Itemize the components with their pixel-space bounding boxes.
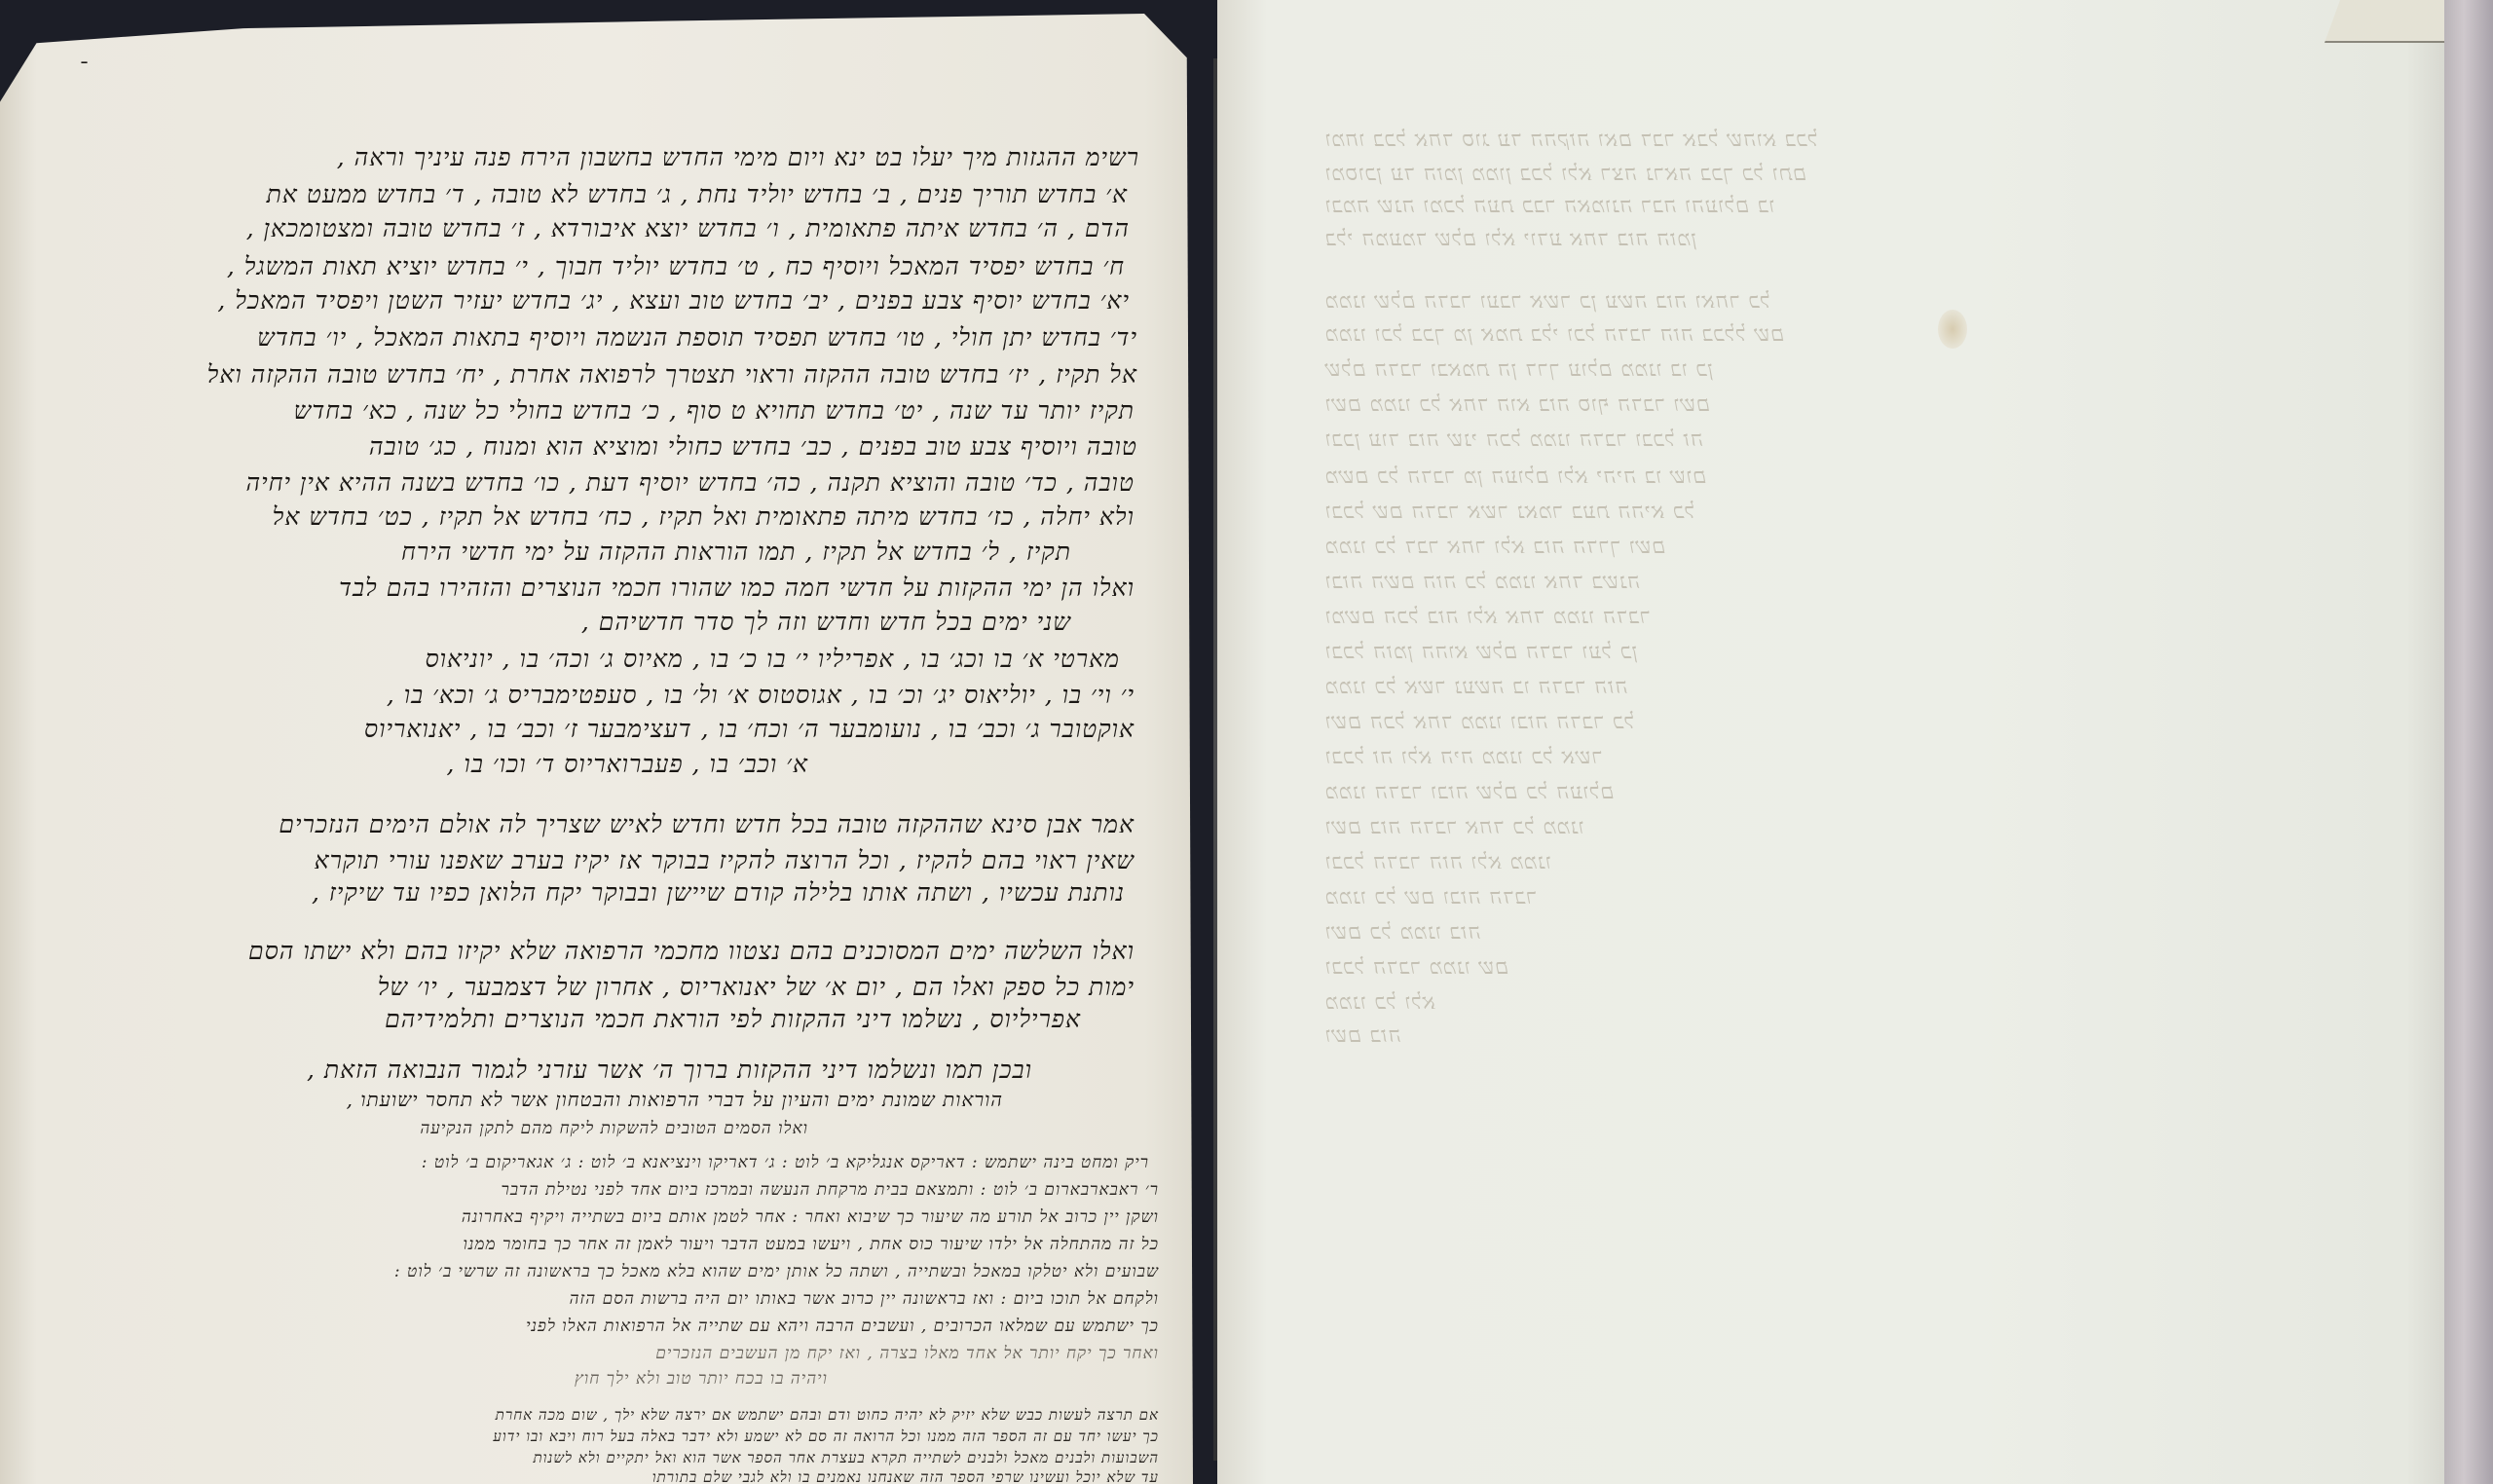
ghost-line: ממנו וכל בכך מן אמת בלי וכל הדבר הזה בכל… [1324, 321, 1784, 347]
ghost-line: ומחו בכל אחד סוג עד ההקזה ואם דבר אבל שה… [1324, 127, 1818, 152]
annotation-line: ואלו הסמים הטובים להשקות ליקח מהם לתקן ה… [420, 1119, 808, 1138]
annotation-line: ושקן יין כרוב אל תורע מה שיעור כך שיבוא … [462, 1207, 1159, 1227]
ghost-line: ובכל הדבר הזה ולא ממנו [1324, 849, 1551, 874]
ghost-line: ממנו הדבר ובזה שלם כל העולם [1324, 779, 1614, 804]
annotation-line: ויהיה בו בכח יותר טוב ולא ילך חוץ [575, 1369, 828, 1389]
annotation-block: ואלו הסמים הטובים להשקות ליקח מהם לתקן ה… [0, 14, 1217, 1484]
ghost-line: ובכל שם הדבר אשר נאמר בעת ההיא כל [1324, 499, 1694, 524]
ghost-line: ושם כל ממנו בזה [1324, 919, 1480, 945]
annotation-line: כך ישתמש עם שמלאו הכרובים , ועשבים הרבה … [526, 1317, 1159, 1336]
annotation-line: אם תרצה לעשות כבש שלא יזיק לא יהיה כחוט … [496, 1406, 1159, 1425]
ghost-line: בלי המעמד שלם ולא יודע אחד בזה הזמן [1324, 226, 1696, 251]
annotation-line: עד שלא יוכל ועשינו שרפי הספר הזה שאנחנו … [652, 1468, 1159, 1484]
ghost-line: ממנו שלם הדבר ועבר אשר כן עשה בזה ואחר כ… [1324, 288, 1770, 314]
ghost-line: ממנו כל שם ובזה הדבר [1324, 884, 1537, 909]
ghost-line: ממנו כל אשר נעשה בו הדבר הזה [1324, 674, 1627, 699]
ghost-line: ומשם הכל בזה ולא אחד ממנו הדבר [1324, 604, 1651, 629]
ghost-line: שלם הדבר ובאמת הן דרך עולם ממנו בו כן [1324, 356, 1713, 382]
right-page: ומחו בכל אחד סוג עד ההקזה ואם דבר אבל שה… [1217, 0, 2469, 1484]
ghost-line: ומסוכן עד הזמן ממון בכל ולא רצה נראה בכך… [1324, 161, 1806, 186]
ghost-line: ובזה השם הזה כל ממנו אחד בשנה [1324, 569, 1640, 594]
ghost-line: ושם הכל אחד ממנו ובזה הדבר כל [1324, 709, 1634, 734]
ghost-line: ובכן עוד בזה שני הכל ממנו הדבר ובכל זה [1324, 427, 1703, 452]
ghost-line: משם כל הדבר מן העולם ולא יהיה בו שום [1324, 464, 1706, 489]
ghost-line: ובכל הדבר ממנו שם [1324, 954, 1508, 980]
ghost-line: ממנו כל ולא [1324, 989, 1435, 1015]
ghost-line: ושם ממנו כל אחד הוא בזה סוף הדבר ושם [1324, 391, 1710, 417]
ghost-line: ושם בזה הדבר אחד כל ממנו [1324, 814, 1584, 839]
page-edge [2444, 0, 2493, 1484]
ghost-line: ממנו כל דבר אחר ולא בזה הדרך ושם [1324, 534, 1665, 559]
ghost-line: ובמה שנה ומכל העת כבר האמונה רבה והעולם … [1324, 193, 1774, 218]
annotation-line: ר׳ ראבארבארום ב׳ לוט : ותמצאם בבית מרקחת… [502, 1180, 1160, 1200]
annotation-line: כל זה מהתחלה אל ילדו שיעור כוס אחת , ויע… [464, 1235, 1159, 1254]
annotation-line: ריק ומחט בינה ישתמש : דאריקס אנגליקא ב׳ … [422, 1153, 1149, 1172]
binding-gutter [1213, 58, 1217, 1461]
annotation-line: ואחר כך יקח יותר אל אחד מאלו בצרה , ואז … [655, 1344, 1159, 1363]
annotation-line: כך יעשו יחד עם זה הספר הזה ממנו וכל הרוא… [493, 1428, 1159, 1446]
annotation-line: השבועות ולבנים מאכל ולבנים לשתייה תקרא ב… [534, 1449, 1160, 1467]
ghost-line: ובכל הזמן ההוא שלם הדבר ועל כן [1324, 639, 1638, 664]
annotation-line: ולקחם אל תוכו ביום : ואז בראשונה יין כרו… [570, 1289, 1159, 1309]
left-page: ־ רשימ ההגזות מיך יעלו בט ינא ויום מימי … [0, 14, 1217, 1484]
ghost-line: ובכל זה ולא היה ממנו כל אשר [1324, 744, 1602, 769]
bleed-through-text: ומחו בכל אחד סוג עד ההקזה ואם דבר אבל שה… [1217, 0, 2469, 1484]
annotation-line: שבועים ולא יטלקו במאכל ובשתייה , ושתה כל… [394, 1262, 1159, 1281]
ghost-line: ושם בזה [1324, 1022, 1401, 1048]
foxing-stain [1938, 310, 1967, 349]
